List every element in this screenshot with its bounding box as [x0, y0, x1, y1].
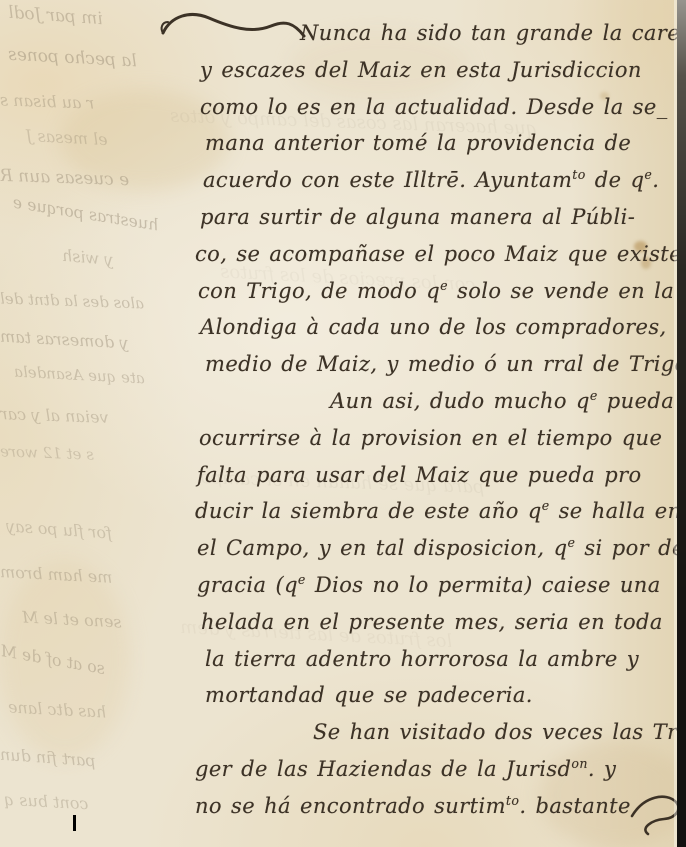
bleedthrough-text: im par Jodl: [7, 3, 103, 30]
bleedthrough-text: r au bisan s: [0, 90, 95, 112]
handwritten-text: mana anterior tomé la providencia de: [205, 131, 631, 155]
manuscript-lines: Nunca ha sido tan grande la carestia,y e…: [195, 15, 667, 825]
bleedthrough-text: part fin dun: [0, 745, 96, 771]
manuscript-line: falta para usar del Maiz que pueda pro: [195, 457, 667, 494]
bleedthrough-text: s et 12 wore: [0, 442, 94, 463]
bleedthrough-text: seno et le M: [22, 607, 123, 631]
handwritten-text: Aun asi, dudo mucho q: [330, 389, 590, 413]
bleedthrough-text: y domesras tam: [0, 327, 129, 353]
bleedthrough-text: e cuesas aun R: [0, 166, 130, 190]
handwritten-text: . y: [588, 757, 616, 781]
bleedthrough-text: y wish: [61, 246, 114, 269]
bleedthrough-text: veian al y car: [0, 404, 109, 427]
handwritten-text: con Trigo, de modo q: [198, 279, 440, 303]
bleedthrough-text: cont bus q: [4, 790, 89, 813]
handwritten-text: si por des_: [575, 536, 686, 560]
manuscript-line: para surtir de alguna manera al Públi-: [195, 199, 667, 236]
bleedthrough-text: has dtc lane: [8, 697, 107, 721]
manuscript-line: helada en el presente mes, seria en toda: [195, 604, 667, 641]
manuscript-line: mana anterior tomé la providencia de: [195, 125, 667, 162]
bleedthrough-text: la pecho pones: [8, 45, 138, 72]
bleedthrough-text: el mesas J: [26, 126, 109, 149]
paper-stain: [0, 560, 130, 760]
handwritten-text: como lo es en la actualidad. Desde la se…: [200, 95, 668, 119]
handwritten-text: ocurrirse à la provision en el tiempo qu…: [199, 426, 662, 450]
handwritten-text: no se há encontrado surtim: [195, 794, 506, 818]
handwritten-text: la tierra adentro horrorosa la ambre y: [205, 647, 639, 671]
manuscript-line: no se há encontrado surtimto. bastante: [195, 788, 667, 825]
handwritten-text: ducir la siembra de este año q: [195, 499, 542, 523]
manuscript-line: Se han visitado dos veces las Tro-: [195, 714, 667, 751]
handwritten-text: .: [652, 168, 659, 192]
handwritten-text: solo se vende en la: [448, 279, 674, 303]
handwritten-text: . bastante: [519, 794, 630, 818]
handwritten-text: falta para usar del Maiz que pueda pro: [197, 463, 642, 487]
manuscript-line: Nunca ha sido tan grande la carestia,: [195, 15, 667, 52]
manuscript-line: gracia (qe Dios no lo permita) caiese un…: [195, 567, 667, 604]
manuscript-line: acuerdo con este Illtrē. Ayuntamto de qe…: [195, 162, 667, 199]
superscript-abbreviation: on: [571, 756, 588, 771]
superscript-abbreviation: to: [506, 793, 519, 808]
manuscript-line: con Trigo, de modo qe solo se vende en l…: [195, 273, 667, 310]
handwritten-text: para surtir de alguna manera al Públi-: [200, 205, 635, 229]
manuscript-page: im par Jodlla pecho ponesr au bisan sel …: [0, 0, 686, 847]
manuscript-line: la tierra adentro horrorosa la ambre y: [195, 641, 667, 678]
manuscript-line: medio de Maiz, y medio ó un rral de Trig…: [195, 346, 667, 383]
bleedthrough-text: ate que Asandela: [14, 363, 146, 388]
superscript-abbreviation: e: [542, 498, 550, 513]
superscript-abbreviation: e: [298, 572, 306, 587]
handwritten-text: Dios no lo permita) caiese una: [306, 573, 661, 597]
manuscript-line: como lo es en la actualidad. Desde la se…: [195, 89, 667, 126]
handwritten-text: acuerdo con este Illtrē. Ayuntam: [203, 168, 572, 192]
handwritten-text: Se han visitado dos veces las Tro-: [313, 720, 686, 744]
handwritten-text: Alondiga à cada uno de los compradores,: [200, 315, 667, 339]
bleedthrough-text: me ham brom: [0, 562, 113, 587]
bleedthrough-text: for flu po say: [5, 516, 112, 542]
manuscript-line: y escazes del Maiz en esta Jurisdiccion: [195, 52, 667, 89]
superscript-abbreviation: to: [572, 167, 585, 182]
text-cursor-mark: [73, 815, 76, 831]
bleedthrough-text: so at of de M: [0, 641, 107, 678]
superscript-abbreviation: e: [590, 388, 598, 403]
manuscript-line: mortandad que se padeceria.: [195, 677, 667, 714]
handwritten-text: de q: [586, 168, 645, 192]
handwritten-text: y escazes del Maiz en esta Jurisdiccion: [200, 58, 642, 82]
handwritten-text: gracia (q: [197, 573, 298, 597]
manuscript-line: co, se acompañase el poco Maiz que exist…: [195, 236, 667, 273]
manuscript-line: ger de las Haziendas de la Jurisdon. y: [195, 751, 667, 788]
handwritten-text: pueda: [598, 389, 674, 413]
scan-edge-right: [677, 0, 686, 847]
manuscript-line: Alondiga à cada uno de los compradores,: [195, 309, 667, 346]
handwritten-text: helada en el presente mes, seria en toda: [201, 610, 663, 634]
handwritten-text: el Campo, y en tal disposicion, q: [197, 536, 567, 560]
bleedthrough-text: alos des la dtnt del: [0, 289, 144, 312]
handwritten-text: co, se acompañase el poco Maiz que exist…: [195, 242, 686, 266]
manuscript-line: ducir la siembra de este año qe se halla…: [195, 493, 667, 530]
manuscript-line: el Campo, y en tal disposicion, qe si po…: [195, 530, 667, 567]
handwritten-text: Nunca ha sido tan grande la carestia,: [300, 21, 686, 45]
manuscript-line: Aun asi, dudo mucho qe pueda: [195, 383, 667, 420]
handwritten-text: se halla en: [550, 499, 682, 523]
handwritten-text: mortandad que se padeceria.: [205, 683, 533, 707]
manuscript-line: ocurrirse à la provision en el tiempo qu…: [195, 420, 667, 457]
handwritten-text: medio de Maiz, y medio ó un rral de Trig…: [205, 352, 686, 376]
bleedthrough-text: huestras porque e: [11, 193, 159, 235]
superscript-abbreviation: e: [440, 278, 448, 293]
handwritten-text: ger de las Haziendas de la Jurisd: [195, 757, 571, 781]
